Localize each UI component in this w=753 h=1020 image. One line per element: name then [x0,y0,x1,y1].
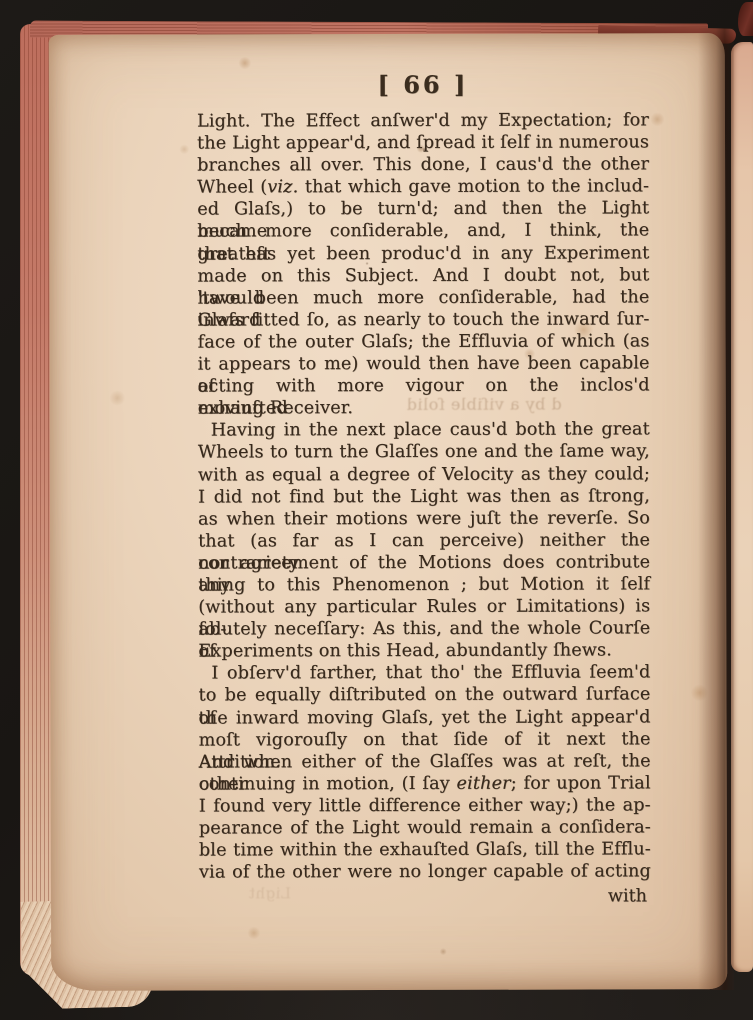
book-page: d by a viſible ſolid Light [ 66 ] Light.… [49,33,728,991]
text-line: Light. The Effect anſwer'd my Expectatio… [197,109,649,132]
text-line: that has yet been produc'd in any Experi… [197,242,649,265]
text-line: Having in the next place caus'd both the… [198,419,650,442]
text-line: ſolutely neceſſary: As this, and the who… [198,617,650,640]
text-line: And when either of the Glaſſes was at re… [199,750,651,773]
photo-background: d by a viſible ſolid Light [ 66 ] Light.… [0,0,753,1020]
text-line: moving Receiver. [198,397,650,420]
text-line: I obſerv'd farther, that tho' the Effluv… [198,662,650,685]
text-line: moſt vigorouſly on that ſide of it next … [199,728,651,751]
text-line: to be equally diſtributed on the outward… [198,684,650,707]
text-line: continuing in motion, (I ſay either; for… [199,772,651,795]
text-line: the Light appear'd, and ſpread it ſelf i… [197,131,649,154]
text-line: that (as far as I can perceive) neither … [198,529,650,552]
text-line: pearance of the Light would remain a con… [199,816,651,839]
text-line: Wheel (viz. that which gave motion to th… [197,176,649,199]
text-line: much more conſiderable, and, I think, th… [197,220,649,243]
book-cover-corner [738,2,753,36]
text-line: nor agreement of the Motions does contri… [198,551,650,574]
facing-page-edge [731,42,753,972]
text-block: Light. The Effect anſwer'd my Expectatio… [197,109,651,883]
text-line: with as equal a degree of Velocity as th… [198,463,650,486]
text-line: I found very little difference either wa… [199,794,651,817]
text-line: ed Glaſs,) to be turn'd; and then the Li… [197,198,649,221]
text-line: I did not find but the Light was then as… [198,485,650,508]
text-line: ble time within the exhauſted Glaſs, til… [199,838,651,861]
text-line: it appears to me) would then have been c… [198,352,650,375]
text-line: have been much more conſiderable, had th… [197,286,649,309]
text-line: thing to this Phenomenon ; but Motion it… [198,573,650,596]
page-number: [ 66 ] [197,69,649,110]
text-line: face of the outer Glaſs; the Effluvia of… [198,330,650,353]
text-line: Wheels to turn the Glaſſes one and the ſ… [198,441,650,464]
text-line: Experiments on this Head, abundantly ſhe… [198,640,650,663]
text-column: [ 66 ] Light. The Effect anſwer'd my Exp… [197,69,651,907]
catchword: with [199,887,651,908]
text-line: as when their motions were juſt the reve… [198,507,650,530]
text-line: the inward moving Glaſs, yet the Light a… [199,706,651,729]
text-line: made on this Subject. And I doubt not, b… [197,264,649,287]
text-line: (without any particular Rules or Limitat… [198,595,650,618]
text-line: Glaſs fitted ſo, as nearly to touch the … [197,308,649,331]
text-line: via of the other were no longer capable … [199,861,651,884]
text-line: branches all over. This done, I caus'd t… [197,154,649,177]
text-line: acting with more vigour on the inclos'd … [198,374,650,397]
